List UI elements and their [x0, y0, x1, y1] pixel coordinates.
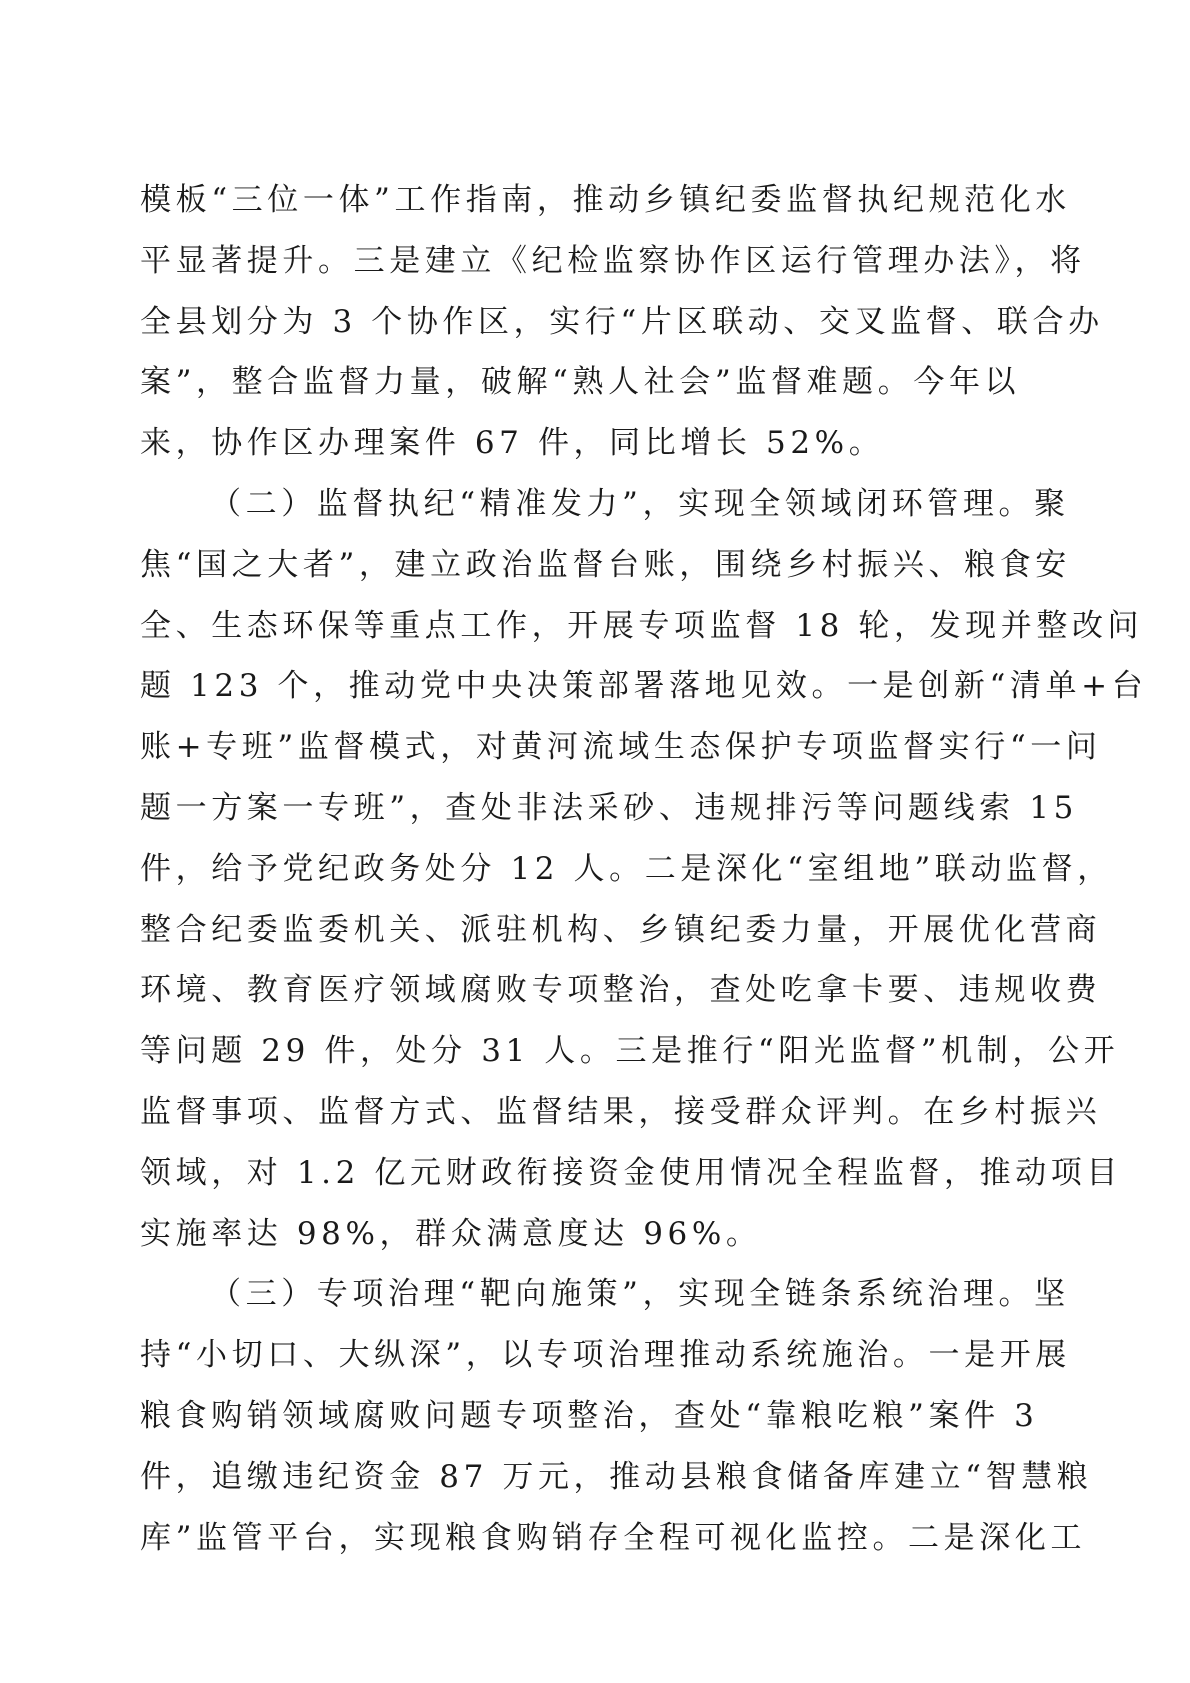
section-heading-line: （三）专项治理“靶向施策”，实现全链条系统治理。坚	[140, 1264, 970, 1325]
line-text: 件，追缴违纪资金 87 万元，推动县粮食储备库建立“智慧粮	[140, 1447, 970, 1508]
line-text: 平显著提升。三是建立《纪检监察协作区运行管理办法》，将	[140, 231, 970, 292]
line-text: 账+专班”监督模式，对黄河流域生态保护专项监督实行“一问	[140, 717, 970, 778]
text-line: 平显著提升。三是建立《纪检监察协作区运行管理办法》，将	[140, 231, 970, 292]
line-text: 库”监管平台，实现粮食购销存全程可视化监控。二是深化工	[140, 1508, 970, 1569]
paragraph-precise-supervision: （二）监督执纪“精准发力”，实现全领域闭环管理。聚 焦“国之大者”，建立政治监督…	[140, 474, 970, 1264]
text-line: 焦“国之大者”，建立政治监督台账，围绕乡村振兴、粮食安	[140, 535, 970, 596]
text-line: 库”监管平台，实现粮食购销存全程可视化监控。二是深化工	[140, 1508, 970, 1569]
line-text: 全、生态环保等重点工作，开展专项监督 18 轮，发现并整改问	[140, 596, 970, 657]
line-text: 题一方案一专班”，查处非法采砂、违规排污等问题线索 15	[140, 778, 970, 839]
text-line: 来，协作区办理案件 67 件，同比增长 52%。	[140, 413, 970, 474]
text-line: 模板“三位一体”工作指南，推动乡镇纪委监督执纪规范化水	[140, 170, 970, 231]
text-line: 整合纪委监委机关、派驻机构、乡镇纪委力量，开展优化营商	[140, 900, 970, 961]
text-line: 件，给予党纪政务处分 12 人。二是深化“室组地”联动监督，	[140, 839, 970, 900]
line-text: 件，给予党纪政务处分 12 人。二是深化“室组地”联动监督，	[140, 839, 970, 900]
line-text: 等问题 29 件，处分 31 人。三是推行“阳光监督”机制，公开	[140, 1021, 970, 1082]
section-heading: （二）监督执纪“精准发力”，实现全领域闭环管理。聚	[210, 474, 970, 535]
text-line: 题一方案一专班”，查处非法采砂、违规排污等问题线索 15	[140, 778, 970, 839]
text-line: 等问题 29 件，处分 31 人。三是推行“阳光监督”机制，公开	[140, 1021, 970, 1082]
line-text: 粮食购销领域腐败问题专项整治，查处“靠粮吃粮”案件 3	[140, 1386, 970, 1447]
line-text: 全县划分为 3 个协作区，实行“片区联动、交叉监督、联合办	[140, 292, 970, 353]
text-line: 领域，对 1.2 亿元财政衔接资金使用情况全程监督，推动项目	[140, 1143, 970, 1204]
paragraph-zone-collaboration: 模板“三位一体”工作指南，推动乡镇纪委监督执纪规范化水 平显著提升。三是建立《纪…	[140, 170, 970, 474]
text-line: 持“小切口、大纵深”，以专项治理推动系统施治。一是开展	[140, 1325, 970, 1386]
paragraph-targeted-governance: （三）专项治理“靶向施策”，实现全链条系统治理。坚 持“小切口、大纵深”，以专项…	[140, 1264, 970, 1568]
text-line: 实施率达 98%，群众满意度达 96%。	[140, 1204, 970, 1265]
text-line: 题 123 个，推动党中央决策部署落地见效。一是创新“清单+台	[140, 656, 970, 717]
text-line: 全、生态环保等重点工作，开展专项监督 18 轮，发现并整改问	[140, 596, 970, 657]
document-page: 模板“三位一体”工作指南，推动乡镇纪委监督执纪规范化水 平显著提升。三是建立《纪…	[140, 170, 970, 1568]
text-line: 环境、教育医疗领域腐败专项整治，查处吃拿卡要、违规收费	[140, 960, 970, 1021]
line-text: 监督事项、监督方式、监督结果，接受群众评判。在乡村振兴	[140, 1082, 970, 1143]
line-text: 来，协作区办理案件 67 件，同比增长 52%。	[140, 413, 884, 474]
line-text: 整合纪委监委机关、派驻机构、乡镇纪委力量，开展优化营商	[140, 900, 970, 961]
text-line: 监督事项、监督方式、监督结果，接受群众评判。在乡村振兴	[140, 1082, 970, 1143]
text-line: 案”，整合监督力量，破解“熟人社会”监督难题。今年以	[140, 352, 970, 413]
text-line: 全县划分为 3 个协作区，实行“片区联动、交叉监督、联合办	[140, 292, 970, 353]
line-text: 领域，对 1.2 亿元财政衔接资金使用情况全程监督，推动项目	[140, 1143, 970, 1204]
line-text: 题 123 个，推动党中央决策部署落地见效。一是创新“清单+台	[140, 656, 970, 717]
line-text: 实施率达 98%，群众满意度达 96%。	[140, 1204, 762, 1265]
line-text: 焦“国之大者”，建立政治监督台账，围绕乡村振兴、粮食安	[140, 535, 970, 596]
line-text: 案”，整合监督力量，破解“熟人社会”监督难题。今年以	[140, 352, 970, 413]
line-text: 模板“三位一体”工作指南，推动乡镇纪委监督执纪规范化水	[140, 170, 970, 231]
text-line: 件，追缴违纪资金 87 万元，推动县粮食储备库建立“智慧粮	[140, 1447, 970, 1508]
line-text: 环境、教育医疗领域腐败专项整治，查处吃拿卡要、违规收费	[140, 960, 970, 1021]
text-line: 粮食购销领域腐败问题专项整治，查处“靠粮吃粮”案件 3	[140, 1386, 970, 1447]
line-text: 持“小切口、大纵深”，以专项治理推动系统施治。一是开展	[140, 1325, 970, 1386]
text-line: 账+专班”监督模式，对黄河流域生态保护专项监督实行“一问	[140, 717, 970, 778]
section-heading: （三）专项治理“靶向施策”，实现全链条系统治理。坚	[210, 1264, 970, 1325]
section-heading-line: （二）监督执纪“精准发力”，实现全领域闭环管理。聚	[140, 474, 970, 535]
